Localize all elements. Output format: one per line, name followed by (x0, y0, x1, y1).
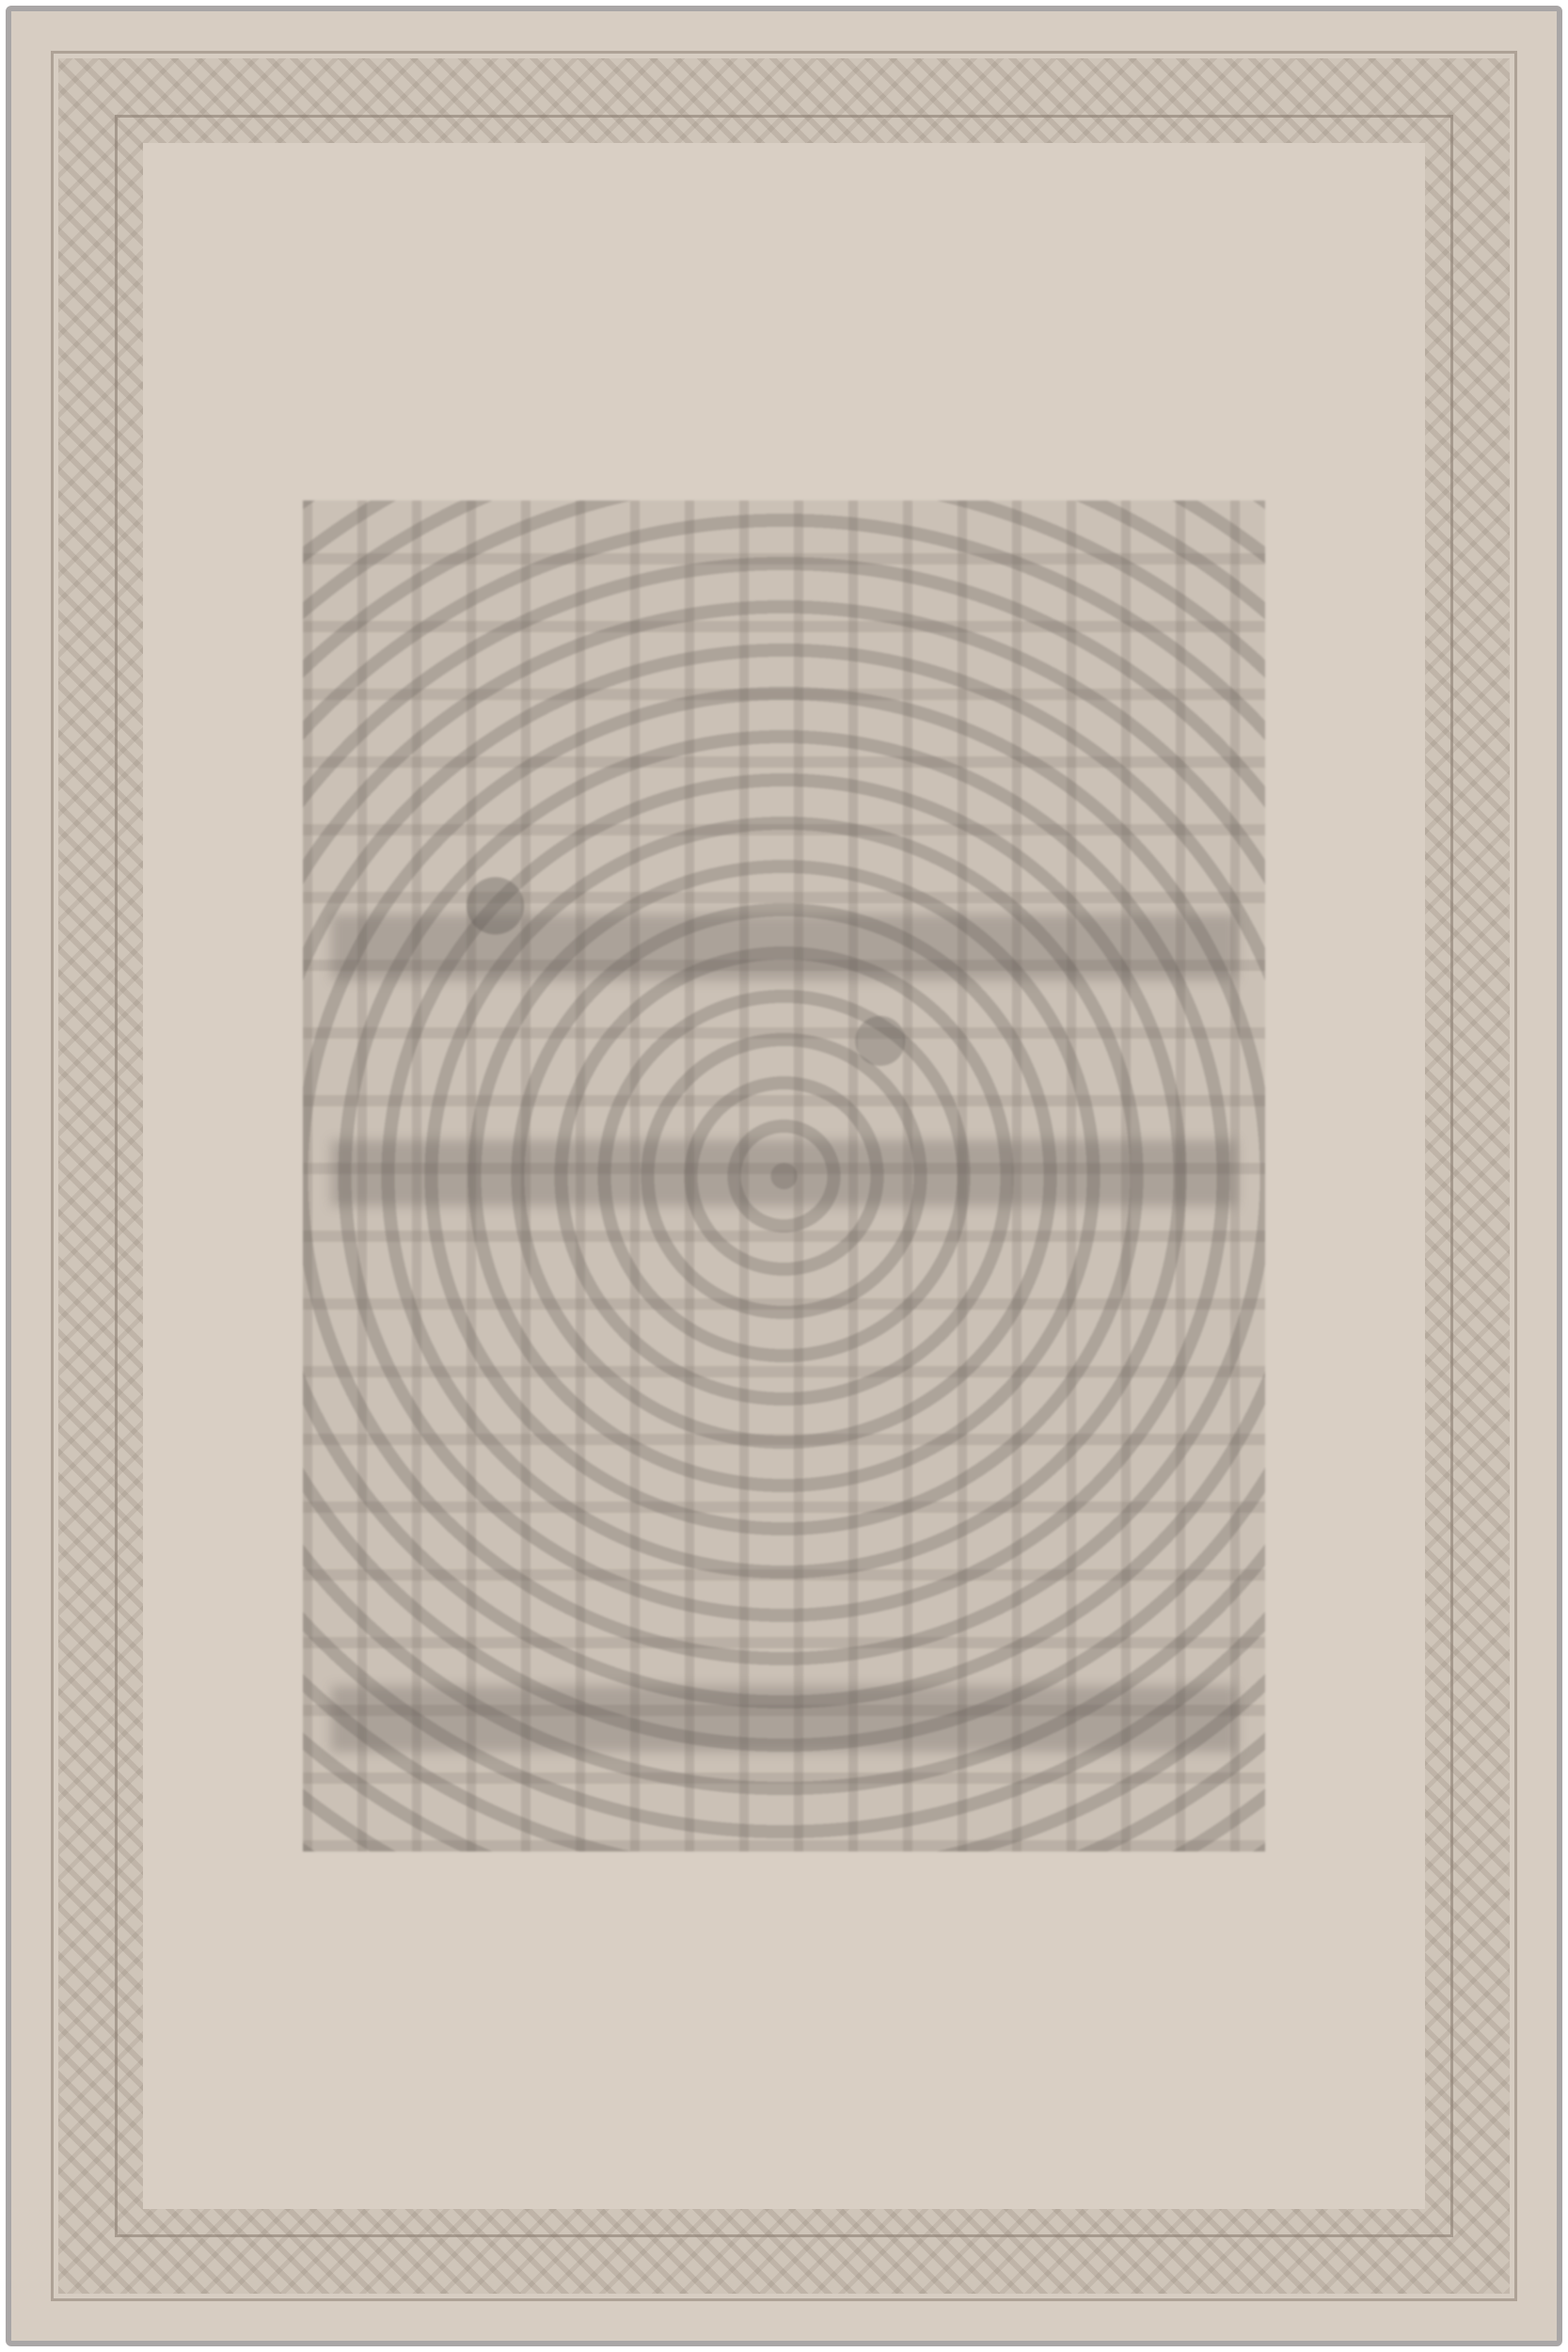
rug-pattern-band (331, 914, 1237, 980)
rug-pattern-band (331, 1140, 1237, 1206)
rug-pattern-band (331, 1686, 1237, 1752)
rug-field (143, 143, 1425, 2209)
rug (6, 6, 1562, 2346)
